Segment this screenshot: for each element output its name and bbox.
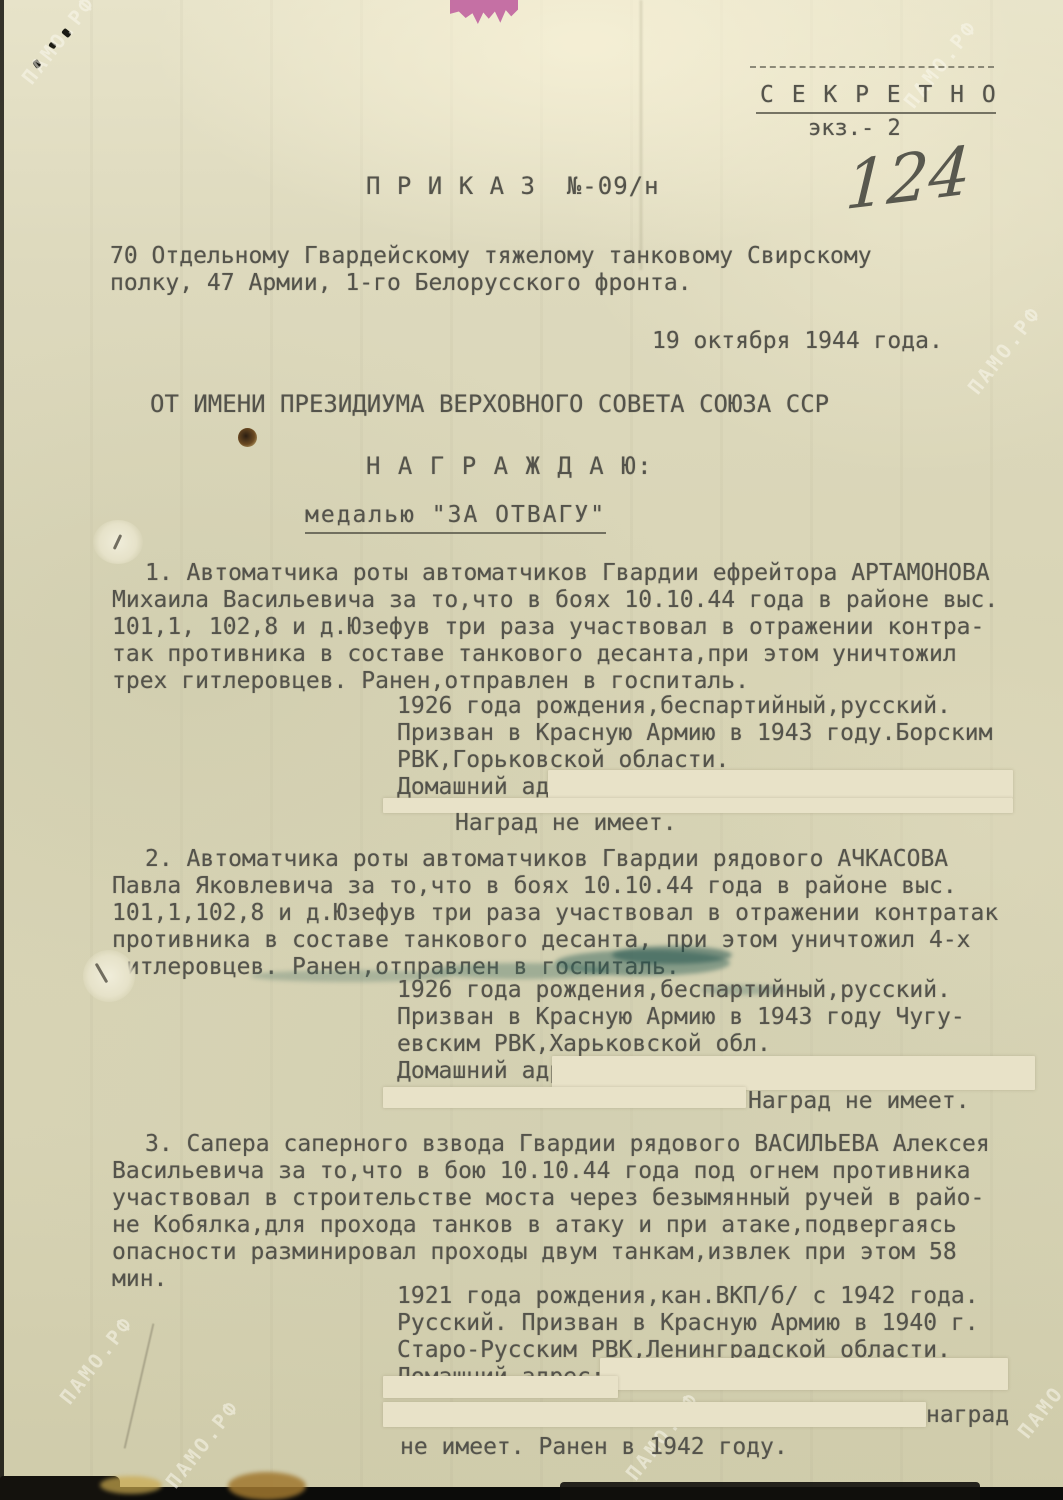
- redaction-box: [600, 1358, 1008, 1390]
- awards-note-2: Наград не имеет.: [748, 1088, 970, 1114]
- details-line: 1926 года рождения,беспартийный,русский.: [397, 977, 965, 1004]
- archive-watermark: ПАМО.РФ: [1013, 1345, 1063, 1443]
- yellow-stain: [100, 1476, 162, 1494]
- scan-edge-left: [0, 0, 4, 1500]
- redaction-box: [552, 1056, 1035, 1090]
- addressee-line: 70 Отдельному Гвардейскому тяжелому танк…: [110, 243, 872, 270]
- order-title: П Р И К А З №-09/н: [366, 172, 660, 200]
- redaction-box: [383, 1402, 926, 1427]
- secrecy-underline: [756, 112, 996, 114]
- addressee-line: полку, 47 Армии, 1-го Белорусского фронт…: [110, 270, 872, 297]
- copy-number: экз.- 2: [808, 116, 901, 141]
- scan-edge-bottom-mid: [560, 1482, 980, 1500]
- awards-note-3-prefix: наград: [926, 1402, 1009, 1428]
- citation-3: 3. Сапера саперного взвода Гвардии рядов…: [112, 1131, 990, 1293]
- awards-note-3: не имеет. Ранен в 1942 году.: [400, 1434, 788, 1460]
- citation-line: 101,1, 102,8 и д.Юзефув три раза участво…: [112, 614, 998, 641]
- handwritten-page-number: 124: [843, 132, 972, 225]
- pink-ink-smudge: [450, 0, 518, 24]
- ink-smudge: [612, 946, 732, 964]
- paper-speck: [48, 42, 57, 50]
- archive-watermark: ПАМО.РФ: [963, 301, 1047, 399]
- archive-watermark: ПАМО.РФ: [55, 1311, 139, 1409]
- details-line: Призван в Красную Армию в 1943 году.Борс…: [397, 720, 992, 747]
- citation-line: 1. Автоматчика роты автоматчиков Гвардии…: [112, 560, 998, 587]
- medal-line: медалью "ЗА ОТВАГУ": [305, 502, 606, 534]
- secret-dashed-rule: [750, 66, 994, 68]
- citation-line: Павла Яковлевича за то,что в боях 10.10.…: [112, 873, 998, 900]
- citation-line: трех гитлеровцев. Ранен,отправлен в госп…: [112, 668, 998, 695]
- citation-line: противника в составе танкового десанта, …: [112, 927, 998, 954]
- paper-speck: [61, 28, 72, 38]
- details-line: 1921 года рождения,кан.ВКП/б/ с 1942 год…: [397, 1283, 979, 1310]
- citation-line: 101,1,102,8 и д.Юзефув три раза участвов…: [112, 900, 998, 927]
- citation-line: опасности разминировал проходы двум танк…: [112, 1239, 990, 1266]
- document-scan: ПАМО.РФ ПАМО.РФ ПАМО.РФ ПАМО.РФ ПАМО.РФ …: [0, 0, 1063, 1500]
- fold-crease: [640, 0, 642, 270]
- preamble: ОТ ИМЕНИ ПРЕЗИДИУМА ВЕРХОВНОГО СОВЕТА СО…: [150, 390, 829, 418]
- awards-note-1: Наград не имеет.: [455, 810, 677, 836]
- addressee-block: 70 Отдельному Гвардейскому тяжелому танк…: [110, 243, 872, 297]
- citation-line: 2. Автоматчика роты автоматчиков Гвардии…: [112, 846, 998, 873]
- citation-line: так противника в составе танкового десан…: [112, 641, 998, 668]
- citation-line: Михаила Васильевича за то,что в боях 10.…: [112, 587, 998, 614]
- brown-stain: [228, 1472, 306, 1500]
- pencil-scratch: [124, 1323, 155, 1448]
- redaction-box: [383, 1087, 746, 1108]
- award-heading: Н А Г Р А Ж Д А Ю:: [366, 452, 653, 480]
- secrecy-stamp: С Е К Р Е Т Н О: [760, 82, 998, 108]
- details-line: 1926 года рождения,беспартийный,русский.: [397, 693, 992, 720]
- citation-1: 1. Автоматчика роты автоматчиков Гвардии…: [112, 560, 998, 695]
- details-line: евским РВК,Харьковской обл.: [397, 1031, 965, 1058]
- order-date: 19 октября 1944 года.: [652, 328, 943, 354]
- redaction-box: [548, 770, 1013, 798]
- details-line: Призван в Красную Армию в 1943 году Чугу…: [397, 1004, 965, 1031]
- citation-line: 3. Сапера саперного взвода Гвардии рядов…: [112, 1131, 990, 1158]
- archive-watermark: ПАМО.РФ: [17, 0, 101, 89]
- paper-hole: [83, 950, 135, 1002]
- paper-speck: [32, 59, 42, 69]
- redaction-box: [383, 1376, 618, 1398]
- citation-line: участвовал в строительстве моста через б…: [112, 1185, 990, 1212]
- details-line: Русский. Призван в Красную Армию в 1940 …: [397, 1310, 979, 1337]
- citation-line: не Кобялка,для прохода танков в атаку и …: [112, 1212, 990, 1239]
- burn-dot: [238, 428, 257, 447]
- citation-line: Васильевича за то,что в бою 10.10.44 год…: [112, 1158, 990, 1185]
